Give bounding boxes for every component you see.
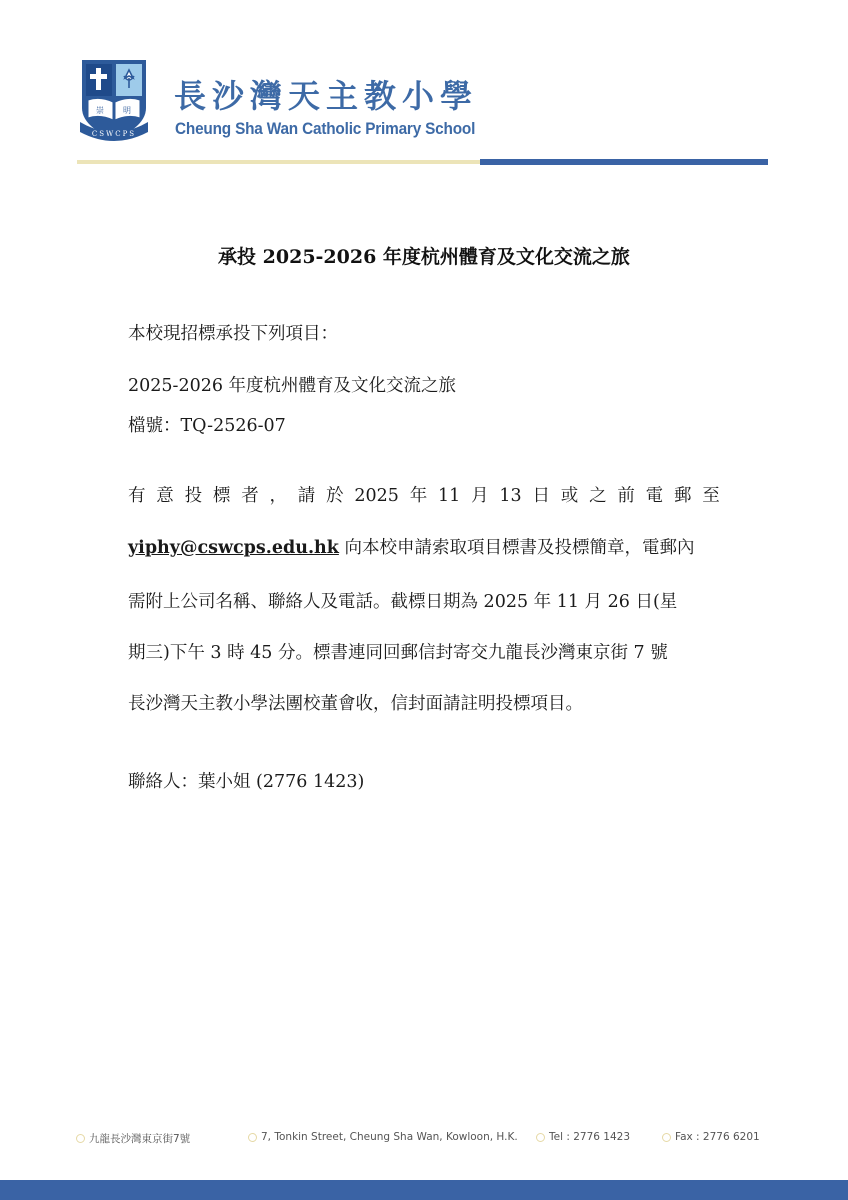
- file-number: 檔號：TQ-2526-07: [128, 414, 286, 438]
- header-rule-blue: [480, 159, 768, 165]
- body-line-1-token: 於: [326, 484, 344, 508]
- file-number-value: TQ-2526-07: [181, 416, 286, 436]
- body-line-1-token: 2025: [354, 484, 399, 508]
- body-line-1-token: 年: [410, 484, 428, 508]
- body-line-1: 有意投標者，請於2025年11月13日或之前電郵至: [128, 484, 720, 508]
- footer-fax: Fax : 2776 6201: [662, 1131, 760, 1143]
- project-name: 2025-2026 年度杭州體育及文化交流之旅: [128, 374, 456, 398]
- body-line-1-token: 標: [213, 484, 231, 508]
- school-name-zh: 長沙灣天主教小學: [174, 78, 478, 114]
- svg-text:明: 明: [123, 106, 131, 115]
- body-line-1-token: 投: [185, 484, 203, 508]
- body-line-1-token: 13: [499, 484, 521, 508]
- svg-text:崇: 崇: [96, 105, 104, 115]
- body-line-5: 長沙灣天主教小學法團校董會收，信封面請註明投標項目。: [128, 692, 583, 716]
- header-rule-beige: [77, 160, 480, 164]
- svg-text:CSWCPS: CSWCPS: [92, 130, 136, 138]
- body-line-1-token: 電: [646, 484, 664, 508]
- footer-bar: [0, 1180, 848, 1200]
- body-line-1-token: 郵: [674, 484, 692, 508]
- body-line-1-token: 者: [241, 484, 259, 508]
- email-link[interactable]: yiphy@cswcps.edu.hk: [128, 538, 339, 558]
- bullet-circle-icon: [536, 1133, 545, 1142]
- footer-address-zh: 九龍長沙灣東京街7號: [76, 1131, 190, 1146]
- footer: 九龍長沙灣東京街7號 7, Tonkin Street, Cheung Sha …: [76, 1131, 770, 1149]
- body-line-1-token: 意: [156, 484, 174, 508]
- body-line-1-token: ，: [269, 484, 287, 508]
- school-crest-icon: 崇 明 CSWCPS: [76, 56, 152, 144]
- bullet-circle-icon: [248, 1133, 257, 1142]
- body-line-1-token: 前: [617, 484, 635, 508]
- body-line-3: 需附上公司名稱、聯絡人及電話。截標日期為 2025 年 11 月 26 日(星: [128, 590, 677, 614]
- body-line-1-token: 或: [561, 484, 579, 508]
- footer-address-en: 7, Tonkin Street, Cheung Sha Wan, Kowloo…: [248, 1131, 518, 1143]
- body-line-4: 期三)下午 3 時 45 分。標書連同回郵信封寄交九龍長沙灣東京街 7 號: [128, 641, 668, 665]
- body-line-2: yiphy@cswcps.edu.hk 向本校申請索取項目標書及投標簡章，電郵內: [128, 536, 694, 560]
- bullet-circle-icon: [662, 1133, 671, 1142]
- intro-text: 本校現招標承投下列項目：: [128, 322, 338, 346]
- file-number-label: 檔號：: [128, 416, 181, 436]
- body-line-2-text: 向本校申請索取項目標書及投標簡章，電郵內: [339, 538, 695, 558]
- body-line-1-token: 11: [438, 484, 460, 508]
- body-line-1-token: 至: [702, 484, 720, 508]
- body-line-1-token: 有: [128, 484, 146, 508]
- body-line-1-token: 之: [589, 484, 607, 508]
- contact-person: 聯絡人：葉小姐 (2776 1423): [128, 770, 364, 794]
- body-line-1-token: 請: [298, 484, 316, 508]
- body-line-1-token: 日: [532, 484, 550, 508]
- bullet-circle-icon: [76, 1134, 85, 1143]
- school-name-en: Cheung Sha Wan Catholic Primary School: [175, 119, 475, 139]
- body-line-1-token: 月: [471, 484, 489, 508]
- document-title: 承投 2025-2026 年度杭州體育及文化交流之旅: [0, 244, 848, 270]
- footer-tel: Tel : 2776 1423: [536, 1131, 630, 1143]
